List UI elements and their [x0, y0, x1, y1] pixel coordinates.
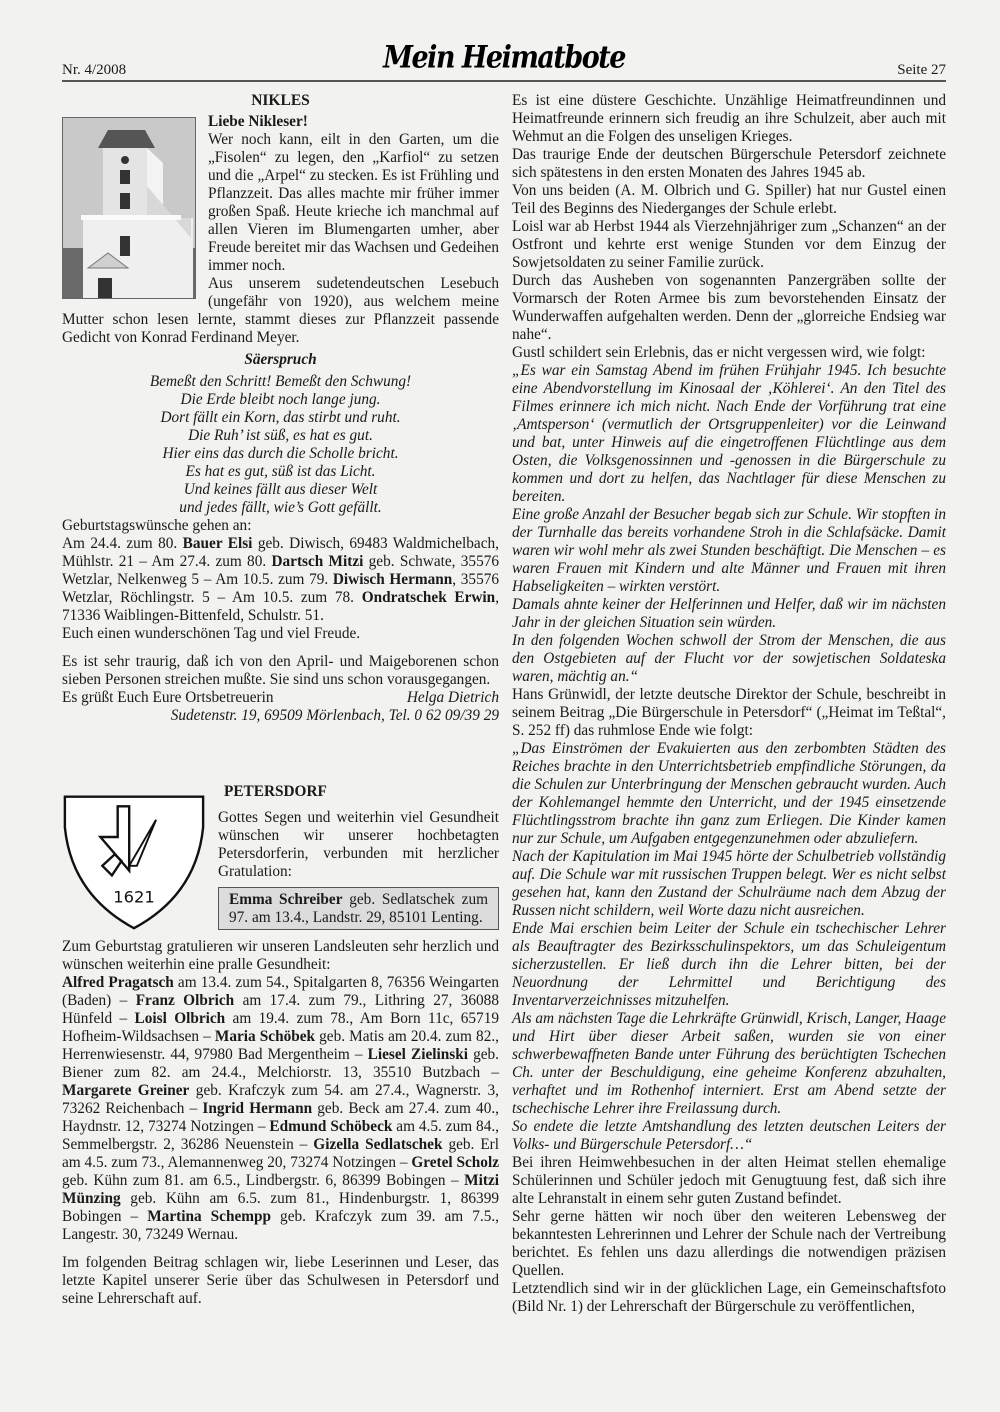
highlight-box: Emma Schreiber geb. Sedlatschek zum 97. … [218, 887, 499, 930]
birthday-details: geb. Kühn zum 81. am 6.5., Lindbergstr. … [62, 1172, 464, 1189]
birthday-name: Franz Olbrich [136, 992, 234, 1009]
birthday-name: Bauer Elsi [183, 535, 253, 552]
birthday-date: Am 10.5. zum 78. [232, 589, 362, 606]
birthday-name: Margarete Greiner [62, 1082, 189, 1099]
article-paragraph: Sehr gerne hätten wir noch über den weit… [512, 1208, 946, 1280]
birthday-name: Loisl Olbrich [135, 1010, 226, 1027]
birthday-date: Am 24.4. zum 80. [62, 535, 183, 552]
header-rule [62, 80, 946, 82]
poem-line: und jedes fällt, wie’s Gott gefällt. [62, 499, 499, 517]
birthday-name: Martina Schempp [147, 1208, 271, 1225]
birthday-date: Am 27.4. zum 80. [151, 553, 271, 570]
svg-text:1621: 1621 [113, 887, 155, 906]
birthday-heading: Geburtstagswünsche gehen an: [62, 517, 499, 535]
poem-line: Dort fällt ein Korn, das stirbt und ruht… [62, 409, 499, 427]
article-paragraph: Gustl schildert sein Erlebnis, das er ni… [512, 344, 946, 362]
quote-paragraph: Ende Mai erschien beim Leiter der Schule… [512, 920, 946, 1010]
birthday-name: Maria Schöbek [215, 1028, 315, 1045]
poem-line: Hier eins das durch die Scholle bricht. [62, 445, 499, 463]
petersdorf-outro: Im folgenden Beitrag schlagen wir, liebe… [62, 1254, 499, 1308]
birthday-date: Am 10.5. zum 79. [215, 571, 333, 588]
poem-line: Die Erde bleibt noch lange jung. [62, 391, 499, 409]
sign-name: Helga Dietrich [407, 689, 499, 707]
section-title-nikles: NIKLES [62, 92, 499, 110]
petersdorf-birthday-list: Alfred Pragatsch am 13.4. zum 54., Spita… [62, 974, 499, 1244]
masthead-logo: Mein Heimatbote [62, 40, 946, 76]
quote-paragraph: Eine große Anzahl der Besucher begab sic… [512, 506, 946, 596]
article-paragraph: Durch das Ausheben von sogenannten Panze… [512, 272, 946, 344]
sad-note: Es ist sehr traurig, daß ich von den Apr… [62, 653, 499, 689]
quote-paragraph: In den folgenden Wochen schwoll der Stro… [512, 632, 946, 686]
quote-paragraph: Als am nächsten Tage die Lehrkräfte Grün… [512, 1010, 946, 1118]
quote-paragraph: „Es war ein Samstag Abend im frühen Früh… [512, 362, 946, 506]
birthday-name: Alfred Pragatsch [62, 974, 174, 991]
article-paragraph: Es ist eine düstere Geschichte. Unzählig… [512, 92, 946, 146]
poem-line: Die Ruh’ ist süß, es hat es gut. [62, 427, 499, 445]
article-paragraph: Bei ihren Heimwehbesuchen in der alten H… [512, 1154, 946, 1208]
article-paragraph: Loisl war ab Herbst 1944 als Vierzehnjäh… [512, 218, 946, 272]
congrats: Zum Geburtstag gratulieren wir unseren L… [62, 938, 499, 974]
poem-line: Und keines fällt aus dieser Welt [62, 481, 499, 499]
quote-paragraph: So endete die letzte Amtshandlung des le… [512, 1118, 946, 1154]
poem-line: Es hat es gut, süß ist das Licht. [62, 463, 499, 481]
sign-address: Sudetenstr. 19, 69509 Mörlenbach, Tel. 0… [62, 707, 499, 725]
poem-title: Säerspruch [62, 351, 499, 369]
birthday-name: Dartsch Mitzi [271, 553, 363, 570]
sign-off: Es grüßt Euch Eure Ortsbetreuerin [62, 689, 274, 707]
article-paragraph: Letztendlich sind wir in der glücklichen… [512, 1280, 946, 1316]
quote-paragraph: Nach der Kapitulation im Mai 1945 hörte … [512, 848, 946, 920]
poem: Bemeßt den Schritt! Bemeßt den Schwung! … [62, 373, 499, 517]
wish: Euch einen wunderschönen Tag und viel Fr… [62, 625, 499, 643]
page-header: Nr. 4/2008 Mein Heimatbote Seite 27 [62, 50, 946, 80]
article-paragraph: Das traurige Ende der deutschen Bürgersc… [512, 146, 946, 182]
quote-paragraph: Damals ahnte keiner der Helferinnen und … [512, 596, 946, 632]
church-photo [62, 117, 196, 299]
birthday-name: Liesel Zielinski [368, 1046, 468, 1063]
nikles-birthday-list: Am 24.4. zum 80. Bauer Elsi geb. Diwisch… [62, 535, 499, 625]
birthday-name: Diwisch Hermann [333, 571, 452, 588]
birthday-name: Ondratschek Erwin [362, 589, 495, 606]
poem-line: Bemeßt den Schritt! Bemeßt den Schwung! [62, 373, 499, 391]
article-paragraph: Von uns beiden (A. M. Olbrich und G. Spi… [512, 182, 946, 218]
birthday-name: Ingrid Hermann [202, 1100, 312, 1117]
church-icon [63, 118, 195, 298]
birthday-name: Gretel Scholz [411, 1154, 499, 1171]
page-number: Seite 27 [897, 62, 946, 79]
signature-row: Es grüßt Euch Eure Ortsbetreuerin Helga … [62, 689, 499, 707]
box-name: Emma Schreiber [229, 891, 343, 908]
crest-icon: 1621 [62, 789, 206, 933]
birthday-name: Gizella Sedlatschek [313, 1136, 442, 1153]
left-column: NIKLES Liebe Nikleser! Wer noch kann, ei… [62, 92, 499, 1308]
birthday-name: Edmund Schöbeck [269, 1118, 392, 1135]
right-column: Es ist eine düstere Geschichte. Unzählig… [512, 92, 946, 1316]
article-paragraph: Hans Grünwidl, der letzte deutsche Direk… [512, 686, 946, 740]
quote-paragraph: „Das Einströmen der Evakuierten aus den … [512, 740, 946, 848]
